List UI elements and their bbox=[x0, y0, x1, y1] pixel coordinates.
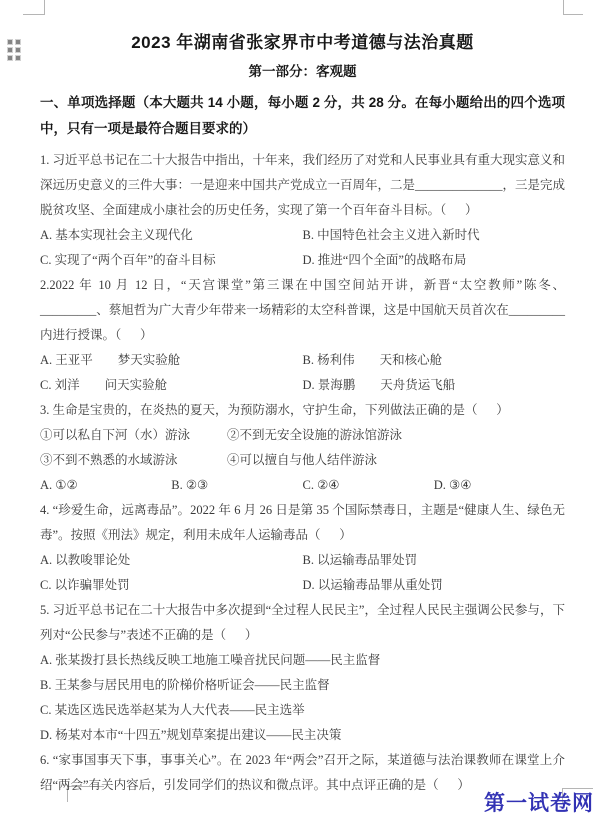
question-3-option-a: A. ①② bbox=[40, 473, 171, 498]
question-3: 3. 生命是宝贵的，在炎热的夏天，为预防溺水，守护生命，下列做法正确的是（ ） … bbox=[40, 398, 565, 498]
question-4-option-b: B. 以运输毒品罪处罚 bbox=[303, 548, 566, 573]
question-4-options: A. 以教唆罪论处 B. 以运输毒品罪处罚 C. 以诈骗罪处罚 D. 以运输毒品… bbox=[40, 548, 565, 598]
question-2-option-d: D. 景海鹏 天舟货运飞船 bbox=[303, 373, 566, 398]
question-1-option-a: A. 基本实现社会主义现代化 bbox=[40, 223, 303, 248]
question-2-options: A. 王亚平 梦天实验舱 B. 杨利伟 天和核心舱 C. 刘洋 问天实验舱 D.… bbox=[40, 348, 565, 398]
question-5-option-b: B. 王某参与居民用电的阶梯价格听证会——民主监督 bbox=[40, 673, 565, 698]
question-2-stem: 2.2022 年 10 月 12 日，“天宫课堂”第三课在中国空间站开讲，新晋“… bbox=[40, 273, 565, 348]
question-5: 5. 习近平总书记在二十大报告中多次提到“全过程人民民主”，全过程人民民主强调公… bbox=[40, 598, 565, 748]
question-5-options: A. 张某拨打县长热线反映工地施工噪音扰民问题——民主监督 B. 王某参与居民用… bbox=[40, 648, 565, 748]
question-2-option-c: C. 刘洋 问天实验舱 bbox=[40, 373, 303, 398]
question-1-option-d: D. 推进“四个全面”的战略布局 bbox=[303, 248, 566, 273]
section-instructions: 一、单项选择题（本大题共 14 小题，每小题 2 分，共 28 分。在每小题给出… bbox=[40, 90, 565, 142]
question-3-stem: 3. 生命是宝贵的，在炎热的夏天，为预防溺水，守护生命，下列做法正确的是（ ） bbox=[40, 398, 565, 423]
document-title: 2023 年湖南省张家界市中考道德与法治真题 bbox=[40, 31, 565, 55]
exam-document-page: { "page": { "title": "2023 年湖南省张家界市中考道德与… bbox=[0, 0, 599, 829]
question-2-option-b: B. 杨利伟 天和核心舱 bbox=[303, 348, 566, 373]
site-watermark: 第一试卷网 bbox=[484, 791, 594, 817]
question-3-option-c: C. ②④ bbox=[303, 473, 434, 498]
question-1: 1. 习近平总书记在二十大报告中指出，十年来，我们经历了对党和人民事业具有重大现… bbox=[40, 148, 565, 273]
part-heading: 第一部分：客观题 bbox=[40, 62, 565, 82]
question-3-option-d: D. ③④ bbox=[434, 473, 565, 498]
question-3-statement-4: ④可以擅自与他人结伴游泳 bbox=[227, 448, 565, 473]
question-1-option-b: B. 中国特色社会主义进入新时代 bbox=[303, 223, 566, 248]
question-1-options: A. 基本实现社会主义现代化 B. 中国特色社会主义进入新时代 C. 实现了“两… bbox=[40, 223, 565, 273]
text-boundary-mark-top-left bbox=[23, 0, 45, 15]
question-3-statement-1: ①可以私自下河（水）游泳 bbox=[40, 423, 227, 448]
question-1-stem: 1. 习近平总书记在二十大报告中指出，十年来，我们经历了对党和人民事业具有重大现… bbox=[40, 148, 565, 223]
question-3-statement-2: ②不到无安全设施的游泳馆游泳 bbox=[227, 423, 565, 448]
question-4-option-a: A. 以教唆罪论处 bbox=[40, 548, 303, 573]
question-5-option-d: D. 杨某对本市“十四五”规划草案提出建议——民主决策 bbox=[40, 723, 565, 748]
question-2: 2.2022 年 10 月 12 日，“天宫课堂”第三课在中国空间站开讲，新晋“… bbox=[40, 273, 565, 398]
question-5-stem: 5. 习近平总书记在二十大报告中多次提到“全过程人民民主”，全过程人民民主强调公… bbox=[40, 598, 565, 648]
drag-handle-icon[interactable] bbox=[8, 40, 20, 60]
question-1-option-c: C. 实现了“两个百年”的奋斗目标 bbox=[40, 248, 303, 273]
question-4-option-c: C. 以诈骗罪处罚 bbox=[40, 573, 303, 598]
question-5-option-a: A. 张某拨打县长热线反映工地施工噪音扰民问题——民主监督 bbox=[40, 648, 565, 673]
document-body: 2023 年湖南省张家界市中考道德与法治真题 第一部分：客观题 一、单项选择题（… bbox=[40, 31, 565, 798]
question-4-stem: 4. “珍爱生命，远离毒品”。2022 年 6 月 26 日是第 35 个国际禁… bbox=[40, 498, 565, 548]
question-5-option-c: C. 某选区选民选举赵某为人大代表——民主选举 bbox=[40, 698, 565, 723]
question-4-option-d: D. 以运输毒品罪从重处罚 bbox=[303, 573, 566, 598]
text-boundary-mark-top-right bbox=[563, 0, 583, 15]
question-3-statements: ①可以私自下河（水）游泳 ②不到无安全设施的游泳馆游泳 ③不到不熟悉的水域游泳 … bbox=[40, 423, 565, 473]
question-4: 4. “珍爱生命，远离毒品”。2022 年 6 月 26 日是第 35 个国际禁… bbox=[40, 498, 565, 598]
question-3-options: A. ①② B. ②③ C. ②④ D. ③④ bbox=[40, 473, 565, 498]
question-3-option-b: B. ②③ bbox=[171, 473, 302, 498]
question-3-statement-3: ③不到不熟悉的水域游泳 bbox=[40, 448, 227, 473]
question-2-option-a: A. 王亚平 梦天实验舱 bbox=[40, 348, 303, 373]
